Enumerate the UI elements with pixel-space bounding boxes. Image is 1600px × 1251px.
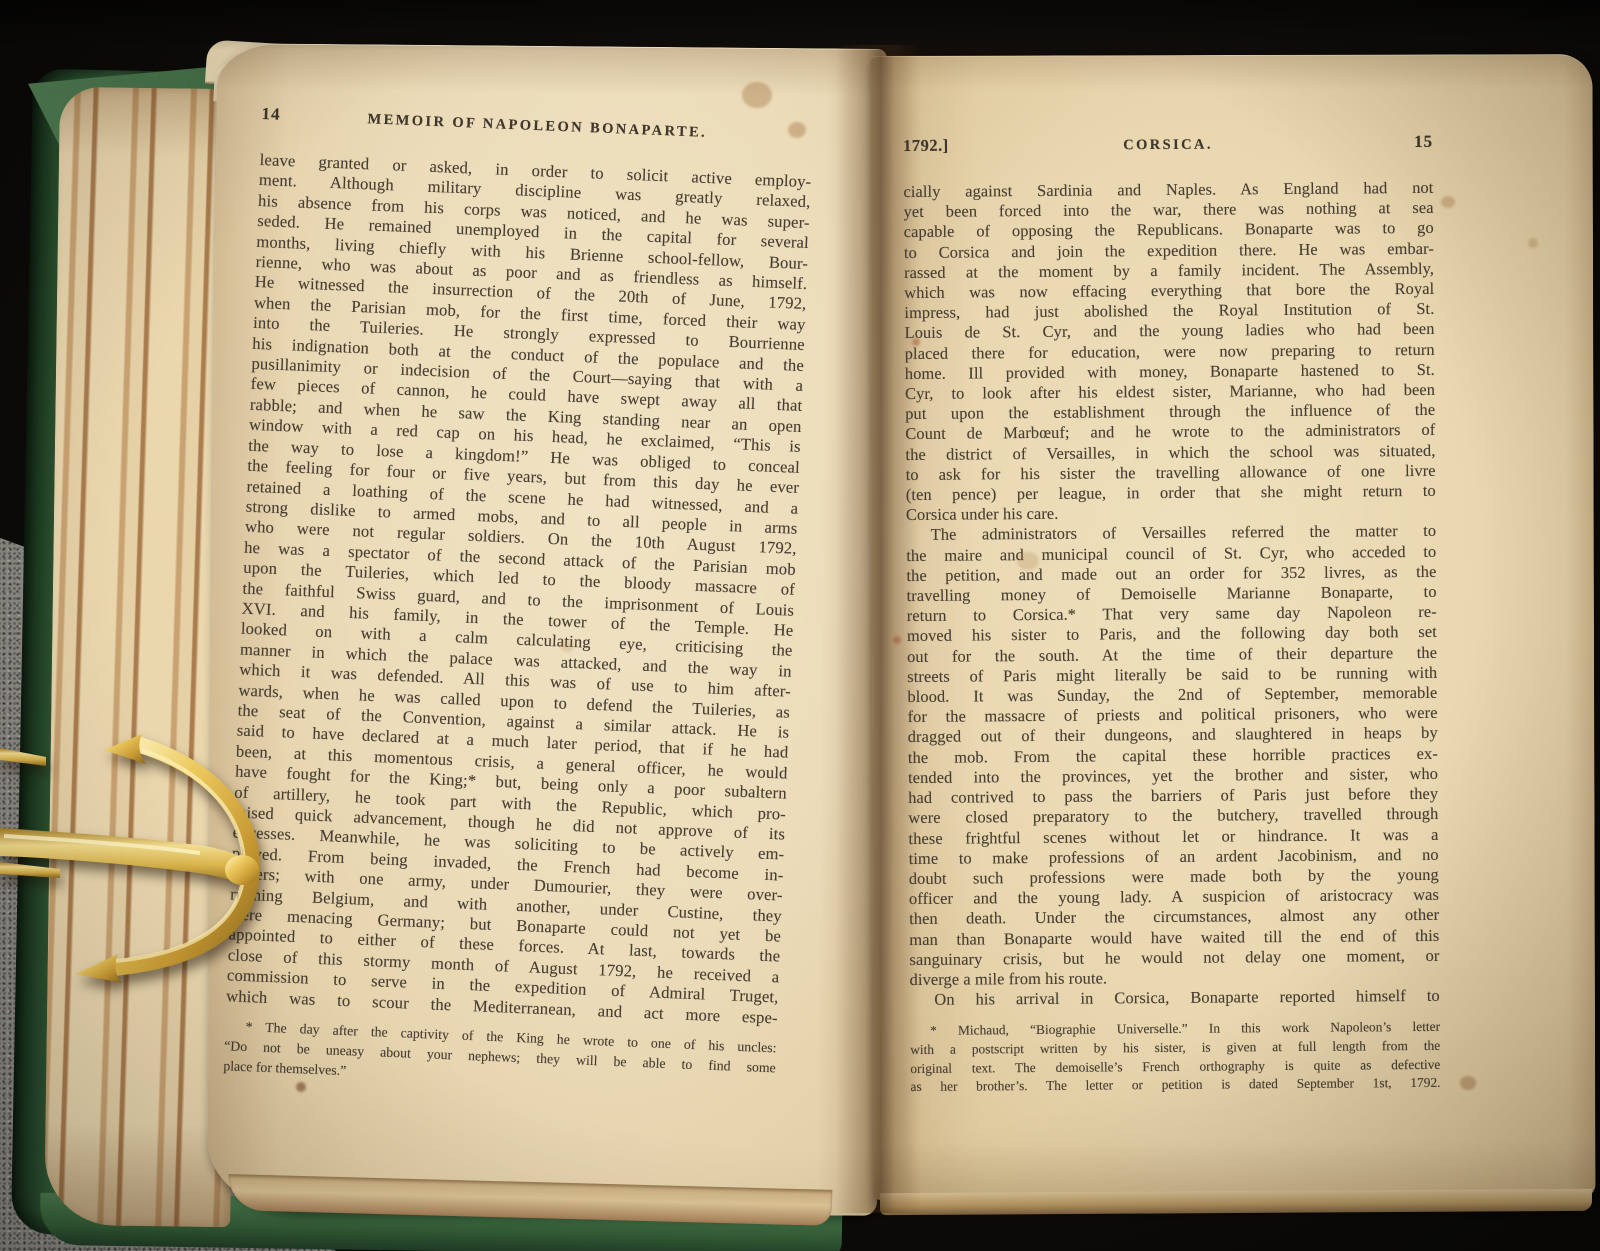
left-page-body: leave granted or asked, in order to soli… <box>226 150 812 1029</box>
foxing-spot <box>742 82 772 108</box>
foxing-spot <box>296 1082 306 1092</box>
right-header-year: 1792.] <box>903 135 1013 156</box>
foxing-spot <box>788 122 806 138</box>
right-running-header: CORSICA. <box>1013 136 1323 155</box>
book-photo: 14 MEMOIR OF NAPOLEON BONAPARTE. leave g… <box>0 0 1600 1251</box>
thin-rod-lower <box>0 862 60 878</box>
thin-rod-upper <box>0 748 46 766</box>
left-page-number: 14 <box>261 104 332 127</box>
anchor-crown <box>225 855 259 885</box>
text-line: sanguinary crisis, but he would not dela… <box>909 946 1439 970</box>
foxing-spot <box>560 640 574 652</box>
foxing-spot <box>912 338 920 346</box>
foxing-spot <box>893 636 901 644</box>
right-page-footnote: * Michaud, “Biographie Universelle.” In … <box>910 1018 1441 1097</box>
right-page-number: 15 <box>1323 132 1433 153</box>
foxing-spot <box>1441 196 1455 208</box>
foxing-spot <box>1017 552 1039 570</box>
right-page-bottom-edge <box>880 1189 1592 1215</box>
right-page-body: cially against Sardinia and Naples. As E… <box>903 178 1439 1010</box>
anchor-fluke-bottom <box>76 954 122 983</box>
anchor-clip-icon <box>0 690 300 1020</box>
foxing-spot <box>1460 1076 1476 1090</box>
right-page-header: 1792.] CORSICA. 15 <box>903 132 1433 156</box>
right-page-text: 1792.] CORSICA. 15 cially against Sardin… <box>903 132 1441 1097</box>
text-line: On his arrival in Corsica, Bonaparte rep… <box>910 986 1440 1010</box>
foxing-spot <box>1528 238 1538 248</box>
left-page-text: 14 MEMOIR OF NAPOLEON BONAPARTE. leave g… <box>223 104 814 1098</box>
